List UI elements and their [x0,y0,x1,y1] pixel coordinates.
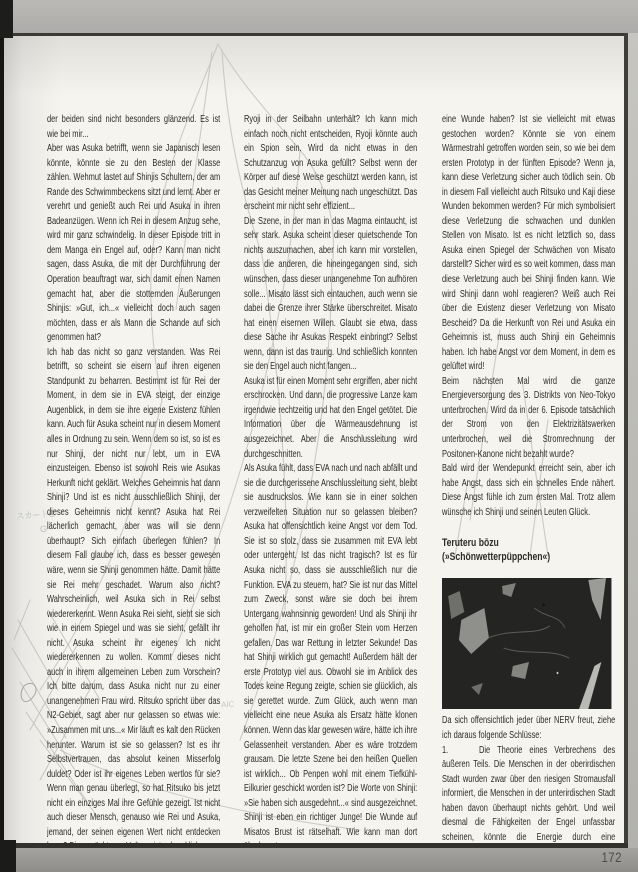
page-edge-right [624,33,628,848]
scan-background-top [0,0,638,33]
scanned-page: スカートG G AIC der beiden sind nicht besond… [0,0,638,872]
book-spine-edge [0,0,4,872]
paragraph: Aber was Asuka betrifft, wenn sie Japani… [47,142,220,346]
section-heading: Teruteru bōzu (»Schönwetterpüppchen«) [442,537,615,565]
paragraph: Als Asuka fühlt, dass EVA nach und nach … [244,462,417,849]
item-text: Die Theorie eines Verbrechens des äußere… [442,745,615,853]
scan-corner-mark-bottom [0,840,16,872]
margin-note: AIC [221,700,235,709]
paragraph: Ryoji in der Seilbahn unterhält? Ich kan… [244,113,417,215]
numbered-item: 1.Die Theorie eines Verbrechens des äuße… [442,744,615,853]
paragraph: Die Szene, in der man in das Magma einta… [244,215,417,375]
text-column-3: eine Wunde haben? Ist sie vielleicht mit… [442,113,615,853]
scan-background-right [628,33,638,848]
scan-corner-mark-top [0,0,13,38]
scan-background-bottom [0,848,638,872]
paragraph: der beiden sind nicht besonders glänzend… [47,113,220,142]
paragraph: eine Wunde haben? Ist sie vielleicht mit… [442,113,615,375]
section-heading-line2: (»Schönwetterpüppchen«) [442,551,615,565]
paragraph: Asuka ist für einen Moment sehr ergriffe… [244,375,417,462]
photo-caption-intro: Da sich offensichtlich jeder über NERV f… [442,714,615,743]
text-column-2: Ryoji in der Seilbahn unterhält? Ich kan… [244,113,417,849]
page-number: 172 [602,849,622,865]
paragraph: Bald wird der Wendepunkt erreicht sein, … [442,462,615,520]
text-column-1: der beiden sind nicht besonders glänzend… [47,113,220,849]
item-number: 1. [442,744,479,759]
section-heading-line1: Teruteru bōzu [442,537,615,551]
section-photo [442,578,611,709]
paragraph: Ich hab das nicht so ganz verstanden. Wa… [47,346,220,849]
paragraph: Beim nächsten Mal wird die ganze Energie… [442,375,615,462]
page-edge-top [0,33,628,36]
